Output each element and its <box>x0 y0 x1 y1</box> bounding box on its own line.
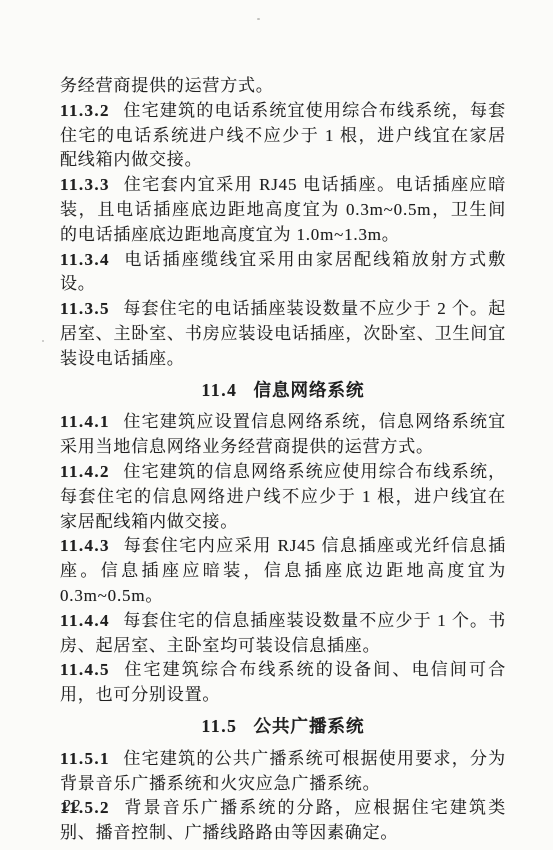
clause-number: 11.4.2 <box>60 462 110 481</box>
section-number: 11.5 <box>201 716 237 736</box>
clause-number: 11.3.5 <box>60 299 110 318</box>
clause-text: 住宅套内宜采用 RJ45 电话插座。电话插座应暗装，且电话插座底边距地高度宜为 … <box>60 175 506 244</box>
clause-text: 背景音乐广播系统的分路，应根据住宅建筑类别、播音控制、广播线路路由等因素确定。 <box>60 798 506 842</box>
clause-11-4-1: 11.4.1住宅建筑应设置信息网络系统，信息网络系统宜采用当地信息网络业务经营商… <box>60 410 506 460</box>
clause-text: 住宅建筑应设置信息网络系统，信息网络系统宜采用当地信息网络业务经营商提供的运营方… <box>60 412 506 456</box>
clause-11-3-4: 11.3.4电话插座缆线宜采用由家居配线箱放射方式敷设。 <box>60 248 506 298</box>
clause-text: 每套住宅内应采用 RJ45 信息插座或光纤信息插座。信息插座应暗装，信息插座底边… <box>60 536 506 605</box>
document-page: 务经营商提供的运营方式。 11.3.2住宅建筑的电话系统宜使用综合布线系统，每套… <box>0 0 553 850</box>
clause-text: 住宅建筑的电话系统宜使用综合布线系统，每套住宅的电话系统进户线不应少于 1 根，… <box>60 101 506 170</box>
section-heading-11-4: 11.4信息网络系统 <box>60 378 506 403</box>
clause-number: 11.5.1 <box>60 749 110 768</box>
clause-11-4-5: 11.4.5住宅建筑综合布线系统的设备间、电信间可合用，也可分别设置。 <box>60 658 506 708</box>
clause-text: 住宅建筑的公共广播系统可根据使用要求，分为背景音乐广播系统和火灾应急广播系统。 <box>60 749 506 793</box>
section-number: 11.4 <box>201 380 237 400</box>
clause-11-3-3: 11.3.3住宅套内宜采用 RJ45 电话插座。电话插座应暗装，且电话插座底边距… <box>60 173 506 247</box>
clause-number: 11.4.3 <box>60 536 110 555</box>
section-title: 公共广播系统 <box>254 716 365 736</box>
clause-text: 每套住宅的电话插座装设数量不应少于 2 个。起居室、主卧室、书房应装设电话插座，… <box>60 299 506 368</box>
page-number: 22 <box>62 796 81 816</box>
paragraph-continuation: 务经营商提供的运营方式。 <box>60 74 506 99</box>
clause-text: 住宅建筑综合布线系统的设备间、电信间可合用，也可分别设置。 <box>60 660 506 704</box>
clause-number: 11.4.1 <box>60 412 110 431</box>
clause-11-3-2: 11.3.2住宅建筑的电话系统宜使用综合布线系统，每套住宅的电话系统进户线不应少… <box>60 99 506 173</box>
clause-11-3-5: 11.3.5每套住宅的电话插座装设数量不应少于 2 个。起居室、主卧室、书房应装… <box>60 297 506 371</box>
scan-speck <box>42 340 44 342</box>
clause-number: 11.4.5 <box>60 660 110 679</box>
clause-number: 11.3.2 <box>60 101 110 120</box>
section-heading-11-5: 11.5公共广播系统 <box>60 714 506 739</box>
clause-11-4-2: 11.4.2住宅建筑的信息网络系统应使用综合布线系统，每套住宅的信息网络进户线不… <box>60 460 506 534</box>
scan-speck <box>257 18 260 20</box>
clause-text: 住宅建筑的信息网络系统应使用综合布线系统，每套住宅的信息网络进户线不应少于 1 … <box>60 462 506 531</box>
clause-11-5-2: 11.5.2背景音乐广播系统的分路，应根据住宅建筑类别、播音控制、广播线路路由等… <box>60 796 506 846</box>
clause-11-4-3: 11.4.3每套住宅内应采用 RJ45 信息插座或光纤信息插座。信息插座应暗装，… <box>60 534 506 608</box>
clause-11-4-4: 11.4.4每套住宅的信息插座装设数量不应少于 1 个。书房、起居室、主卧室均可… <box>60 609 506 659</box>
clause-number: 11.4.4 <box>60 611 110 630</box>
clause-11-5-1: 11.5.1住宅建筑的公共广播系统可根据使用要求，分为背景音乐广播系统和火灾应急… <box>60 747 506 797</box>
clause-text: 电话插座缆线宜采用由家居配线箱放射方式敷设。 <box>60 250 506 294</box>
clause-text: 每套住宅的信息插座装设数量不应少于 1 个。书房、起居室、主卧室均可装设信息插座… <box>60 611 506 655</box>
document-body: 务经营商提供的运营方式。 11.3.2住宅建筑的电话系统宜使用综合布线系统，每套… <box>60 74 506 846</box>
section-title: 信息网络系统 <box>254 380 365 400</box>
clause-number: 11.3.3 <box>60 175 110 194</box>
clause-number: 11.3.4 <box>60 250 110 269</box>
